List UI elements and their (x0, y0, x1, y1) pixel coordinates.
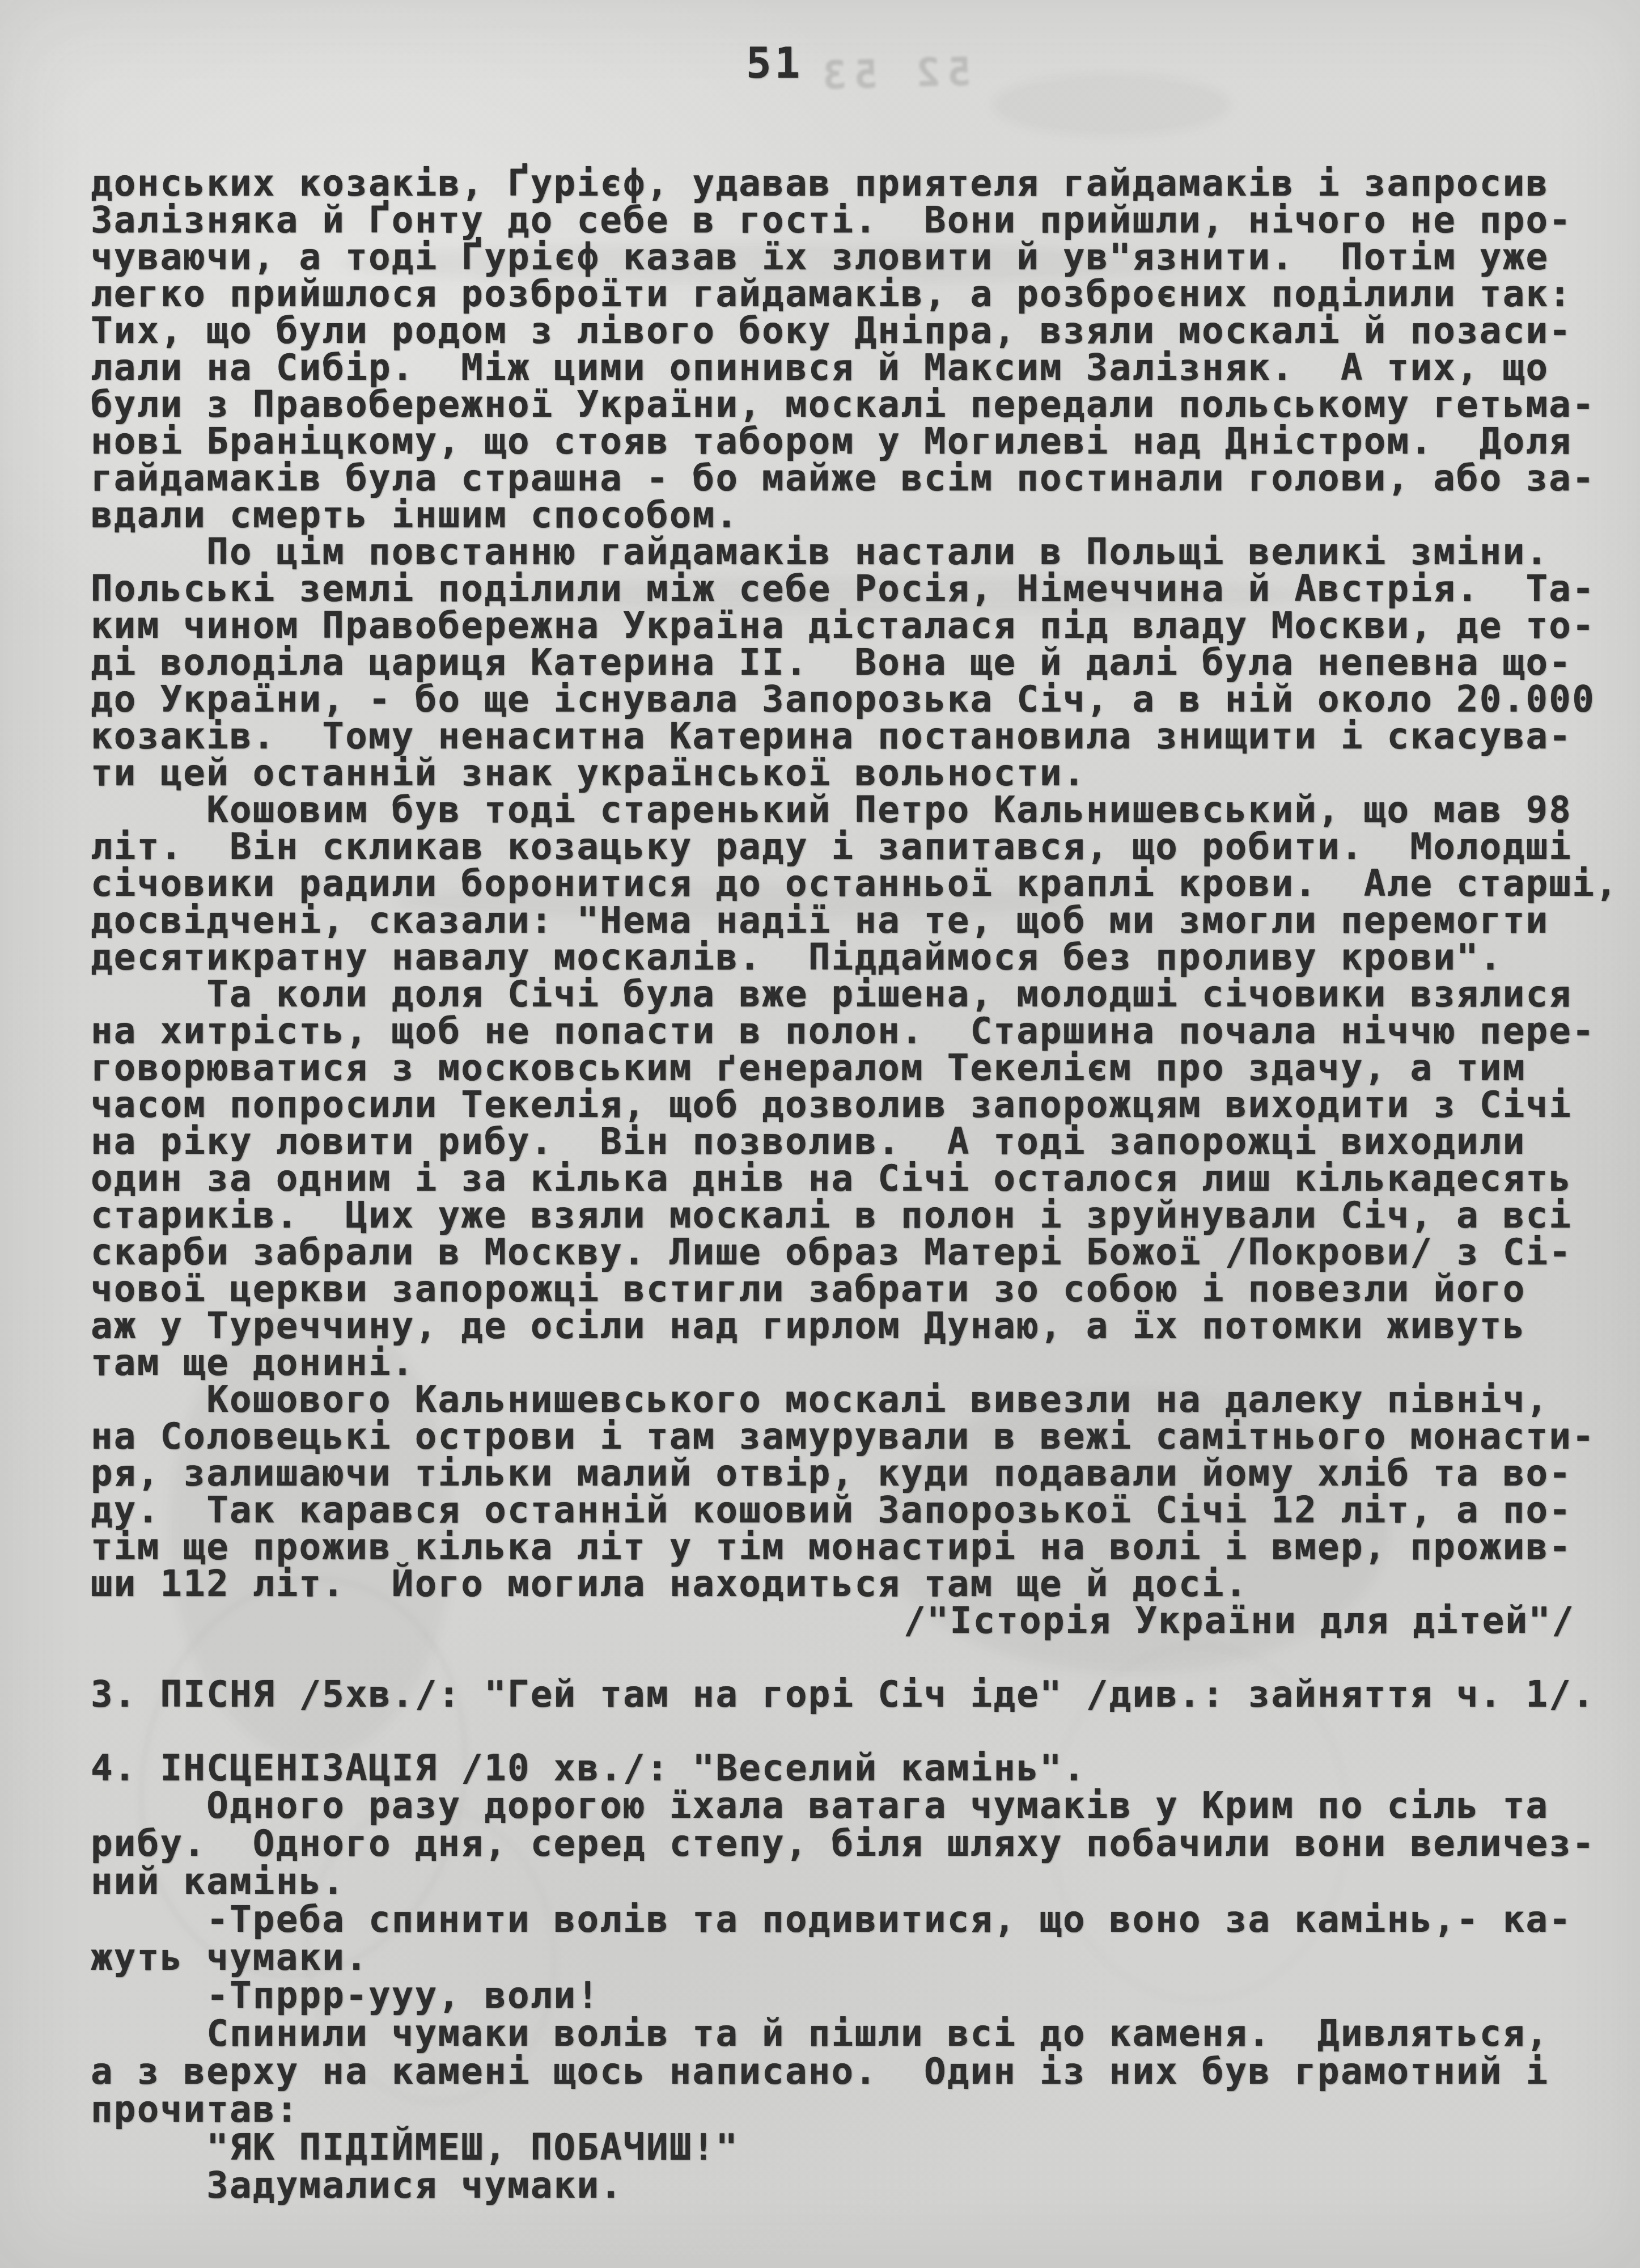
bleed-through-smudge (992, 74, 1230, 136)
attribution-line: /"Історія України для дітей"/ (91, 1603, 1575, 1640)
program-item-song: 3. ПІСНЯ /5хв./: "Гей там на горі Січ ід… (91, 1677, 1595, 1713)
page-number: 51 (746, 45, 803, 82)
scene-story-text: Одного разу дорогою їхала ватага чумаків… (91, 1787, 1595, 2205)
scanned-typewritten-page: 52 53 51 донських козаків, Ґурієф, удава… (0, 0, 1640, 2268)
program-item-scene-heading: 4. ІНСЦЕНІЗАЦІЯ /10 хв./: "Веселий камін… (91, 1750, 1086, 1787)
history-text: донських козаків, Ґурієф, удавав приятел… (91, 166, 1618, 1603)
ghost-page-number: 52 53 (815, 53, 971, 94)
